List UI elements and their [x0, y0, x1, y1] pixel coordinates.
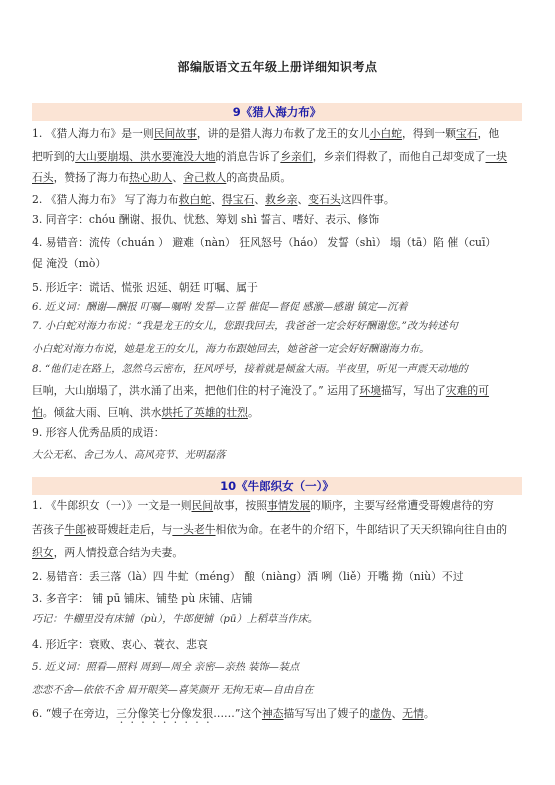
section-heading-10: 10《牛郎织女（一）》: [32, 477, 522, 495]
underlined-keyword: 环境: [359, 384, 381, 397]
underlined-keyword: 大山要崩塌、洪水要淹没大地: [75, 150, 215, 163]
text-run: ……”这个: [213, 707, 262, 720]
text-line: 1. 《牛郎织女（一）》一文是一则民间故事，按照事情发展的顺序，主要写经常遭受哥…: [32, 499, 527, 513]
underlined-keyword: 宝石: [456, 127, 478, 140]
text-run: 描写写出了嫂子的: [284, 707, 370, 720]
text-run: ，他: [478, 127, 500, 140]
text-line: 6. “嫂子在旁边，三分像笑七分像发狠……”这个神态描写写出了嫂子的虚伪、无情。: [32, 707, 527, 726]
underlined-keyword: 小白蛇: [370, 127, 402, 140]
text-run: ，两人情投意合结为夫妻。: [54, 546, 184, 559]
underlined-keyword: 救白蛇: [179, 193, 211, 206]
underlined-keyword: 虚伪: [370, 707, 392, 720]
text-run: 把听到的: [32, 150, 75, 163]
text-run: ，得到一颗: [402, 127, 456, 140]
text-line: 促 淹没（mò）: [32, 257, 527, 271]
text-run: 。倾盆大雨、巨响、洪水: [43, 406, 162, 419]
underlined-keyword: 烘托了英雄的壮烈: [162, 406, 248, 419]
underlined-keyword: 神态: [262, 707, 284, 720]
text-line: 恋恋不舍—依依不舍 眉开眼笑—喜笑颜开 无拘无束—自由自在: [32, 684, 527, 698]
text-run: 5. 近义词：照看—照料 周到—周全 亲密—亲热 装饰—装点: [32, 662, 299, 673]
text-line: 怕。倾盆大雨、巨响、洪水烘托了英雄的壮烈。: [32, 406, 527, 420]
text-run: 这四件事。: [341, 193, 395, 206]
text-run: 。: [248, 406, 259, 419]
text-line: 3. 同音字：chóu 酬谢、报仇、忧愁、筹划 shì 誓言、嗜好、表示、修饰: [32, 213, 527, 227]
text-run: 6. “嫂子在旁边，: [32, 707, 116, 720]
text-line: 2. 易错音：丢三落（là）四 牛虻（méng） 酿（niàng）酒 咧（liě…: [32, 570, 527, 584]
text-run: 5. 形近字：谎话、慌张 迟延、朝廷 叮嘱、属于: [32, 281, 258, 294]
text-run: 、: [298, 193, 309, 206]
text-line: 2. 《猎人海力布》 写了海力布救白蛇、得宝石、救乡亲、变石头这四件事。: [32, 193, 527, 207]
underlined-keyword: 牛郎: [64, 523, 86, 536]
text-run: 小白蛇对海力布说，她是龙王的女儿，海力布跟她回去，她爸爸一定会好好酬谢海力布。: [32, 344, 429, 355]
text-run: ，讲的是猎人海力布救了龙王的女儿: [197, 127, 370, 140]
text-run: 7. 小白蛇对海力布说：“我是龙王的女儿，您跟我回去，我爸爸一定会好好酬谢您。”…: [32, 321, 458, 332]
text-run: 、: [254, 193, 265, 206]
text-line: 织女，两人情投意合结为夫妻。: [32, 546, 527, 560]
text-run: 6. 近义词：酬谢—酬报 叮嘱—嘱咐 发誓—立誓 催促—督促 感激—感谢 镇定—…: [32, 302, 408, 313]
underlined-keyword: 怕: [32, 406, 43, 419]
text-line: 小白蛇对海力布说，她是龙王的女儿，海力布跟她回去，她爸爸一定会好好酬谢海力布。: [32, 343, 527, 357]
text-run: 故事，按照: [213, 499, 267, 512]
text-line: 6. 近义词：酬谢—酬报 叮嘱—嘱咐 发誓—立誓 催促—督促 感激—感谢 镇定—…: [32, 301, 527, 315]
text-run: 、: [392, 707, 403, 720]
text-run: 。: [424, 707, 435, 720]
text-run: 3. 同音字：chóu 酬谢、报仇、忧愁、筹划 shì 誓言、嗜好、表示、修饰: [32, 213, 379, 226]
text-run: 1. 《猎人海力布》是一则: [32, 127, 154, 140]
underlined-keyword: 无情: [402, 707, 424, 720]
underlined-keyword: 救乡亲: [265, 193, 297, 206]
text-run: 苦孩子: [32, 523, 64, 536]
text-run: ，乡亲们得救了，而他自己却变成了: [313, 150, 486, 163]
text-line: 3. 多音字： 铺 pū 铺床、铺垫 pù 床铺、店铺: [32, 592, 527, 606]
underlined-keyword: 石头: [32, 171, 54, 184]
text-line: 4. 易错音：流传（chuán ） 避难（nàn） 狂风怒号（háo） 发誓（s…: [32, 236, 527, 250]
underlined-keyword: 舍己救人: [183, 171, 226, 184]
text-line: 5. 近义词：照看—照料 周到—周全 亲密—亲热 装饰—装点: [32, 661, 527, 675]
underlined-keyword: 事情发展: [267, 499, 310, 512]
underlined-keyword: 灾难的可: [446, 384, 489, 397]
text-run: 被哥嫂赶走后，与: [86, 523, 172, 536]
text-run: 1. 《牛郎织女（一）》一文是一则: [32, 499, 192, 512]
emphasized-phrase: 三分像笑七分像发狠: [116, 707, 213, 720]
text-line: 巧记：牛棚里没有床铺（pù），牛郎便铺（pū）上稻草当作床。: [32, 613, 527, 627]
text-run: 巧记：牛棚里没有床铺（pù），牛郎便铺（pū）上稻草当作床。: [32, 614, 318, 625]
text-run: ，赞扬了海力布: [54, 171, 130, 184]
section-heading-9: 9《猎人海力布》: [32, 103, 522, 121]
text-run: 的顺序，主要写经常遭受哥嫂虐待的穷: [310, 499, 494, 512]
text-run: 8. “他们走在路上，忽然乌云密布，狂风呼号，接着就是倾盆大雨。半夜里，听见一声…: [32, 364, 468, 375]
underlined-keyword: 织女: [32, 546, 54, 559]
text-line: 1. 《猎人海力布》是一则民间故事，讲的是猎人海力布救了龙王的女儿小白蛇，得到一…: [32, 127, 527, 141]
underlined-keyword: 热心助人: [129, 171, 172, 184]
text-run: 相依为命。在老牛的介绍下，牛郎结识了天天织锦向往自由的: [216, 523, 508, 536]
text-run: 巨响，大山崩塌了，洪水涌了出来，把他们住的村子淹没了。” 运用了: [32, 384, 359, 397]
underlined-keyword: 一头老牛: [172, 523, 215, 536]
underlined-keyword: 乡亲们: [280, 150, 312, 163]
text-run: 4. 形近字：衰败、衷心、蓑衣、悲哀: [32, 638, 208, 651]
text-run: 4. 易错音：流传（chuán ） 避难（nàn） 狂风怒号（háo） 发誓（s…: [32, 236, 496, 249]
text-line: 石头，赞扬了海力布热心助人、舍己救人的高贵品质。: [32, 171, 527, 185]
text-line: 4. 形近字：衰败、衷心、蓑衣、悲哀: [32, 638, 527, 652]
text-line: 把听到的大山要崩塌、洪水要淹没大地的消息告诉了乡亲们，乡亲们得救了，而他自己却变…: [32, 150, 527, 164]
underlined-keyword: 一块: [485, 150, 507, 163]
text-run: 9. 形容人优秀品质的成语：: [32, 426, 165, 439]
text-line: 7. 小白蛇对海力布说：“我是龙王的女儿，您跟我回去，我爸爸一定会好好酬谢您。”…: [32, 320, 527, 334]
underlined-keyword: 得宝石: [222, 193, 254, 206]
text-run: 3. 多音字： 铺 pū 铺床、铺垫 pù 床铺、店铺: [32, 592, 253, 605]
underlined-keyword: 民间: [192, 499, 214, 512]
text-run: 恋恋不舍—依依不舍 眉开眼笑—喜笑颜开 无拘无束—自由自在: [32, 685, 314, 696]
text-line: 大公无私、舍己为人、高风亮节、光明磊落: [32, 449, 527, 463]
text-run: 2. 易错音：丢三落（là）四 牛虻（méng） 酿（niàng）酒 咧（liě…: [32, 570, 464, 583]
underlined-keyword: 民间故事: [154, 127, 197, 140]
text-run: 2. 《猎人海力布》 写了海力布: [32, 193, 179, 206]
underlined-keyword: 变石头: [308, 193, 340, 206]
text-run: 大公无私、舍己为人、高风亮节、光明磊落: [32, 450, 226, 461]
text-line: 巨响，大山崩塌了，洪水涌了出来，把他们住的村子淹没了。” 运用了环境描写，写出了…: [32, 384, 527, 398]
document-title: 部编版语文五年级上册详细知识考点: [0, 58, 555, 75]
text-run: 、: [172, 171, 183, 184]
document-page: 部编版语文五年级上册详细知识考点 9《猎人海力布》 1. 《猎人海力布》是一则民…: [0, 0, 555, 785]
text-run: 、: [211, 193, 222, 206]
text-run: 的消息告诉了: [216, 150, 281, 163]
text-line: 9. 形容人优秀品质的成语：: [32, 426, 527, 440]
text-run: 描写，写出了: [381, 384, 446, 397]
text-run: 的高贵品质。: [226, 171, 291, 184]
text-line: 苦孩子牛郎被哥嫂赶走后，与一头老牛相依为命。在老牛的介绍下，牛郎结识了天天织锦向…: [32, 523, 527, 537]
text-line: 5. 形近字：谎话、慌张 迟延、朝廷 叮嘱、属于: [32, 281, 527, 295]
text-line: 8. “他们走在路上，忽然乌云密布，狂风呼号，接着就是倾盆大雨。半夜里，听见一声…: [32, 363, 527, 377]
text-run: 促 淹没（mò）: [32, 257, 106, 270]
